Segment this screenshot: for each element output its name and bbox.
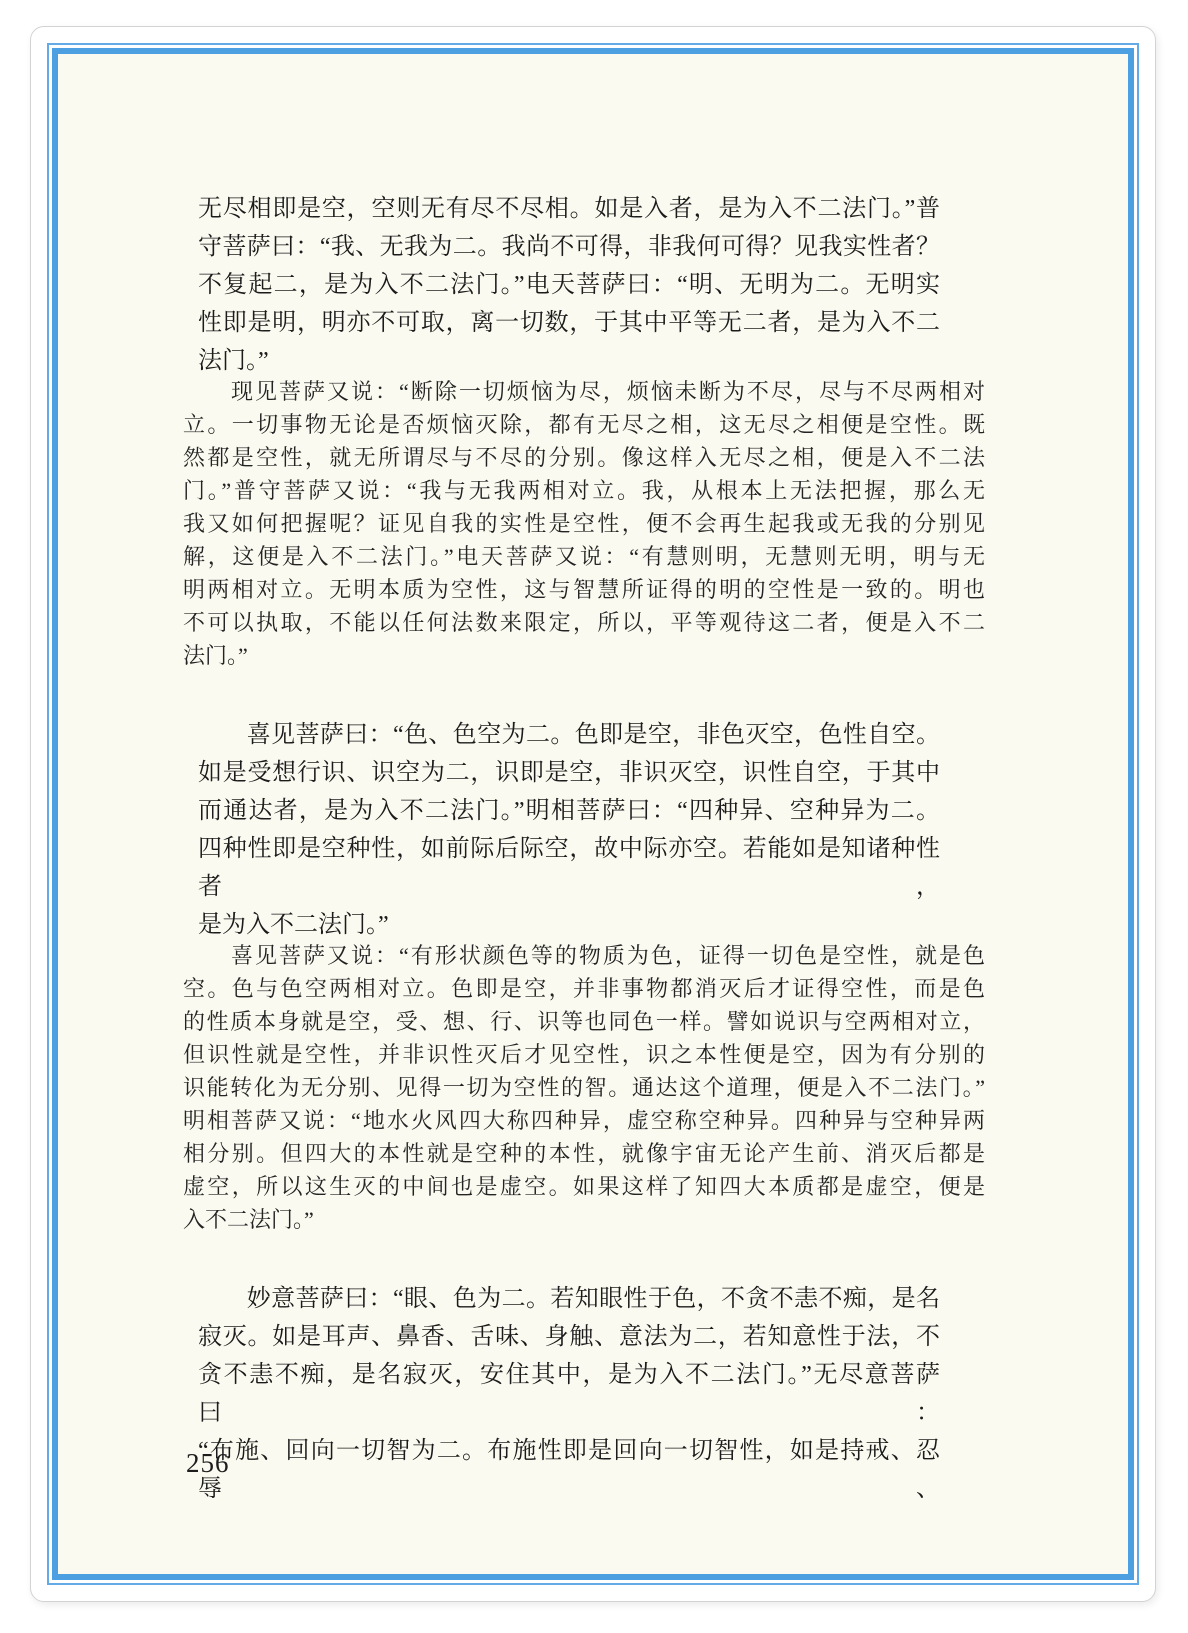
text-line: 入不二法门。” xyxy=(183,1203,985,1236)
text-line: 虚空，所以这生灭的中间也是虚空。如果这样了知四大本质都是虚空，便是 xyxy=(183,1170,985,1203)
text-line: 法门。” xyxy=(183,639,985,672)
text-line: 识能转化为无分别、见得一切为空性的智。通达这个道理，便是入不二法门。” xyxy=(183,1071,985,1104)
text-line: 四种性即是空种性，如前际后际空，故中际亦空。若能如是知诸种性者， xyxy=(198,830,940,906)
text-line: 如是受想行识、识空为二，识即是空，非识灭空，识性自空，于其中 xyxy=(198,754,940,792)
text-line: 相分别。但四大的本性就是空种的本性，就像宇宙无论产生前、消灭后都是 xyxy=(183,1137,985,1170)
text-column: 无尽相即是空，空则无有尽不尽相。如是入者，是为入不二法门。”普守菩萨曰：“我、无… xyxy=(183,190,985,1508)
commentary-paragraph: 现见菩萨又说：“断除一切烦恼为尽，烦恼未断为不尽，尽与不尽两相对立。一切事物无论… xyxy=(183,375,985,672)
text-line: 门。”普守菩萨又说：“我与无我两相对立。我，从根本上无法把握，那么无 xyxy=(183,474,985,507)
text-line: 妙意菩萨曰：“眼、色为二。若知眼性于色，不贪不恚不痴，是名 xyxy=(198,1280,940,1318)
text-line: 无尽相即是空，空则无有尽不尽相。如是入者，是为入不二法门。”普 xyxy=(198,190,940,228)
text-line: “布施、回向一切智为二。布施性即是回向一切智性，如是持戒、忍辱、 xyxy=(198,1432,940,1508)
classical-paragraph: 喜见菩萨曰：“色、色空为二。色即是空，非色灭空，色性自空。如是受想行识、识空为二… xyxy=(183,716,985,944)
text-line: 空。色与色空两相对立。色即是空，并非事物都消灭后才证得空性，而是色 xyxy=(183,972,985,1005)
text-line: 贪不恚不痴，是名寂灭，安住其中，是为入不二法门。”无尽意菩萨曰： xyxy=(198,1356,940,1432)
text-line: 不复起二，是为入不二法门。”电天菩萨曰：“明、无明为二。无明实 xyxy=(198,266,940,304)
text-line: 但识性就是空性，并非识性灭后才见空性，识之本性便是空，因为有分别的 xyxy=(183,1038,985,1071)
text-line: 而通达者，是为入不二法门。”明相菩萨曰：“四种异、空种异为二。 xyxy=(198,792,940,830)
classical-paragraph: 妙意菩萨曰：“眼、色为二。若知眼性于色，不贪不恚不痴，是名寂灭。如是耳声、鼻香、… xyxy=(183,1280,985,1508)
text-line: 解，这便是入不二法门。”电天菩萨又说：“有慧则明，无慧则无明，明与无 xyxy=(183,540,985,573)
text-line: 我又如何把握呢？证见自我的实性是空性，便不会再生起我或无我的分别见 xyxy=(183,507,985,540)
text-line: 寂灭。如是耳声、鼻香、舌味、身触、意法为二，若知意性于法，不 xyxy=(198,1318,940,1356)
text-line: 的性质本身就是空，受、想、行、识等也同色一样。譬如说识与空两相对立， xyxy=(183,1005,985,1038)
text-line: 立。一切事物无论是否烦恼灭除，都有无尽之相，这无尽之相便是空性。既 xyxy=(183,408,985,441)
page-number: 256 xyxy=(186,1448,230,1479)
classical-paragraph: 无尽相即是空，空则无有尽不尽相。如是入者，是为入不二法门。”普守菩萨曰：“我、无… xyxy=(183,190,985,380)
text-line: 守菩萨曰：“我、无我为二。我尚不可得，非我何可得？见我实性者？ xyxy=(198,228,940,266)
text-line: 喜见菩萨曰：“色、色空为二。色即是空，非色灭空，色性自空。 xyxy=(198,716,940,754)
text-line: 然都是空性，就无所谓尽与不尽的分别。像这样入无尽之相，便是入不二法 xyxy=(183,441,985,474)
text-line: 现见菩萨又说：“断除一切烦恼为尽，烦恼未断为不尽，尽与不尽两相对 xyxy=(183,375,985,408)
text-line: 喜见菩萨又说：“有形状颜色等的物质为色，证得一切色是空性，就是色 xyxy=(183,939,985,972)
text-line: 性即是明，明亦不可取，离一切数，于其中平等无二者，是为入不二 xyxy=(198,304,940,342)
commentary-paragraph: 喜见菩萨又说：“有形状颜色等的物质为色，证得一切色是空性，就是色空。色与色空两相… xyxy=(183,939,985,1236)
text-line: 不可以执取，不能以任何法数来限定，所以，平等观待这二者，便是入不二 xyxy=(183,606,985,639)
text-line: 明相菩萨又说：“地水火风四大称四种异，虚空称空种异。四种异与空种异两 xyxy=(183,1104,985,1137)
text-line: 明两相对立。无明本质为空性，这与智慧所证得的明的空性是一致的。明也 xyxy=(183,573,985,606)
